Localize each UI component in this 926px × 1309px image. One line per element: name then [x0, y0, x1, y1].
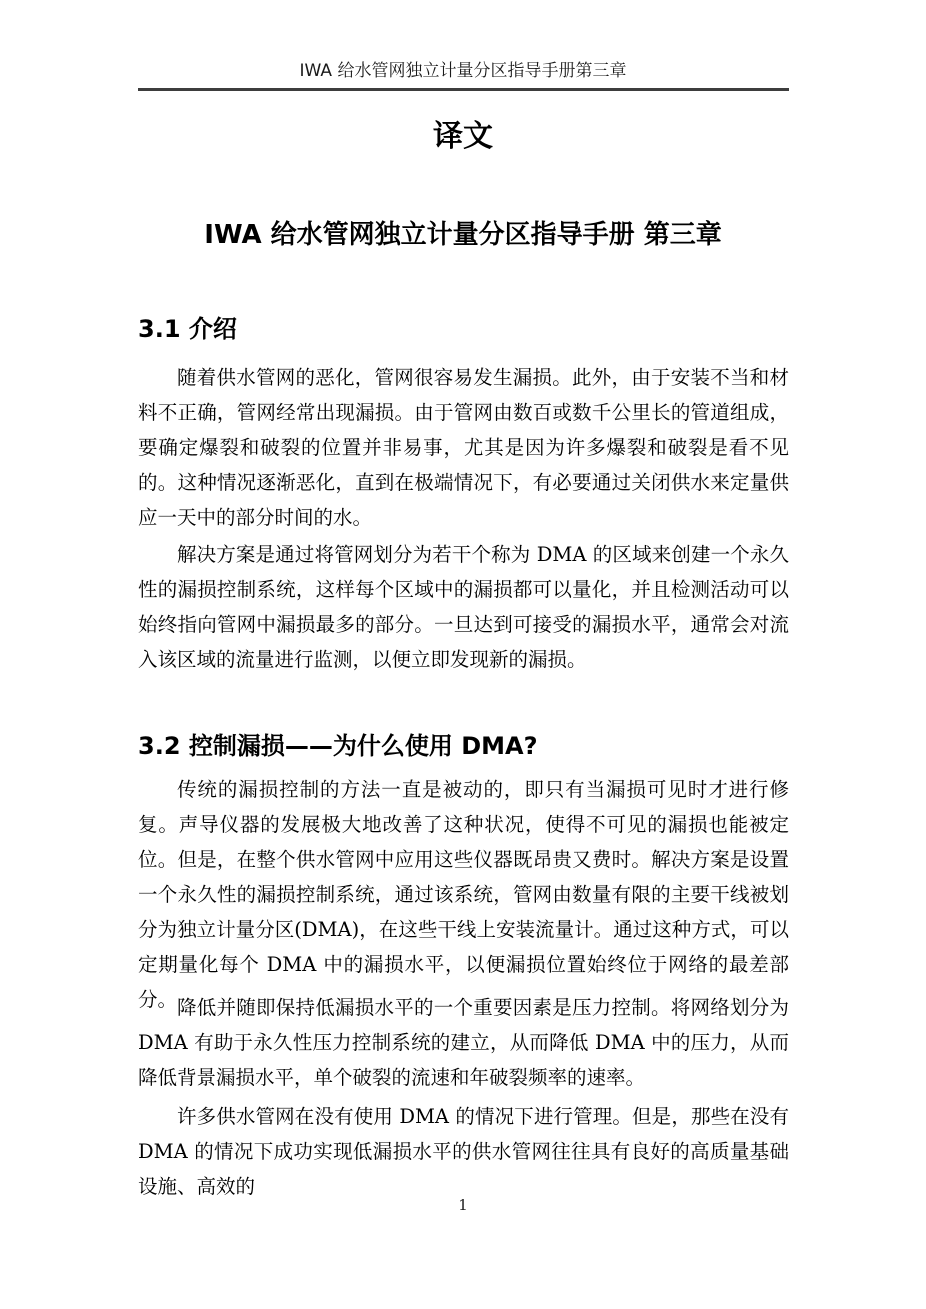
chapter-title: IWA 给水管网独立计量分区指导手册 第三章 — [0, 218, 926, 252]
paragraph: 随着供水管网的恶化，管网很容易发生漏损。此外，由于安装不当和材料不正确，管网经常… — [138, 360, 789, 535]
document-page: IWA 给水管网独立计量分区指导手册第三章 译文 IWA 给水管网独立计量分区指… — [0, 0, 926, 1309]
header-divider-rule — [138, 88, 789, 91]
paragraph: 解决方案是通过将管网划分为若干个称为 DMA 的区域来创建一个永久性的漏损控制系… — [138, 537, 789, 677]
paragraph: 传统的漏损控制的方法一直是被动的，即只有当漏损可见时才进行修复。声导仪器的发展极… — [138, 772, 789, 1017]
paragraph: 许多供水管网在没有使用 DMA 的情况下进行管理。但是，那些在没有 DMA 的情… — [138, 1099, 789, 1204]
section-heading-3-2: 3.2 控制漏损——为什么使用 DMA? — [138, 730, 789, 762]
document-title: 译文 — [0, 117, 926, 157]
paragraph: 降低并随即保持低漏损水平的一个重要因素是压力控制。将网络划分为 DMA 有助于永… — [138, 990, 789, 1095]
page-number: 1 — [0, 1195, 926, 1215]
page-header-text: IWA 给水管网独立计量分区指导手册第三章 — [0, 60, 926, 82]
section-heading-3-1: 3.1 介绍 — [138, 313, 789, 345]
